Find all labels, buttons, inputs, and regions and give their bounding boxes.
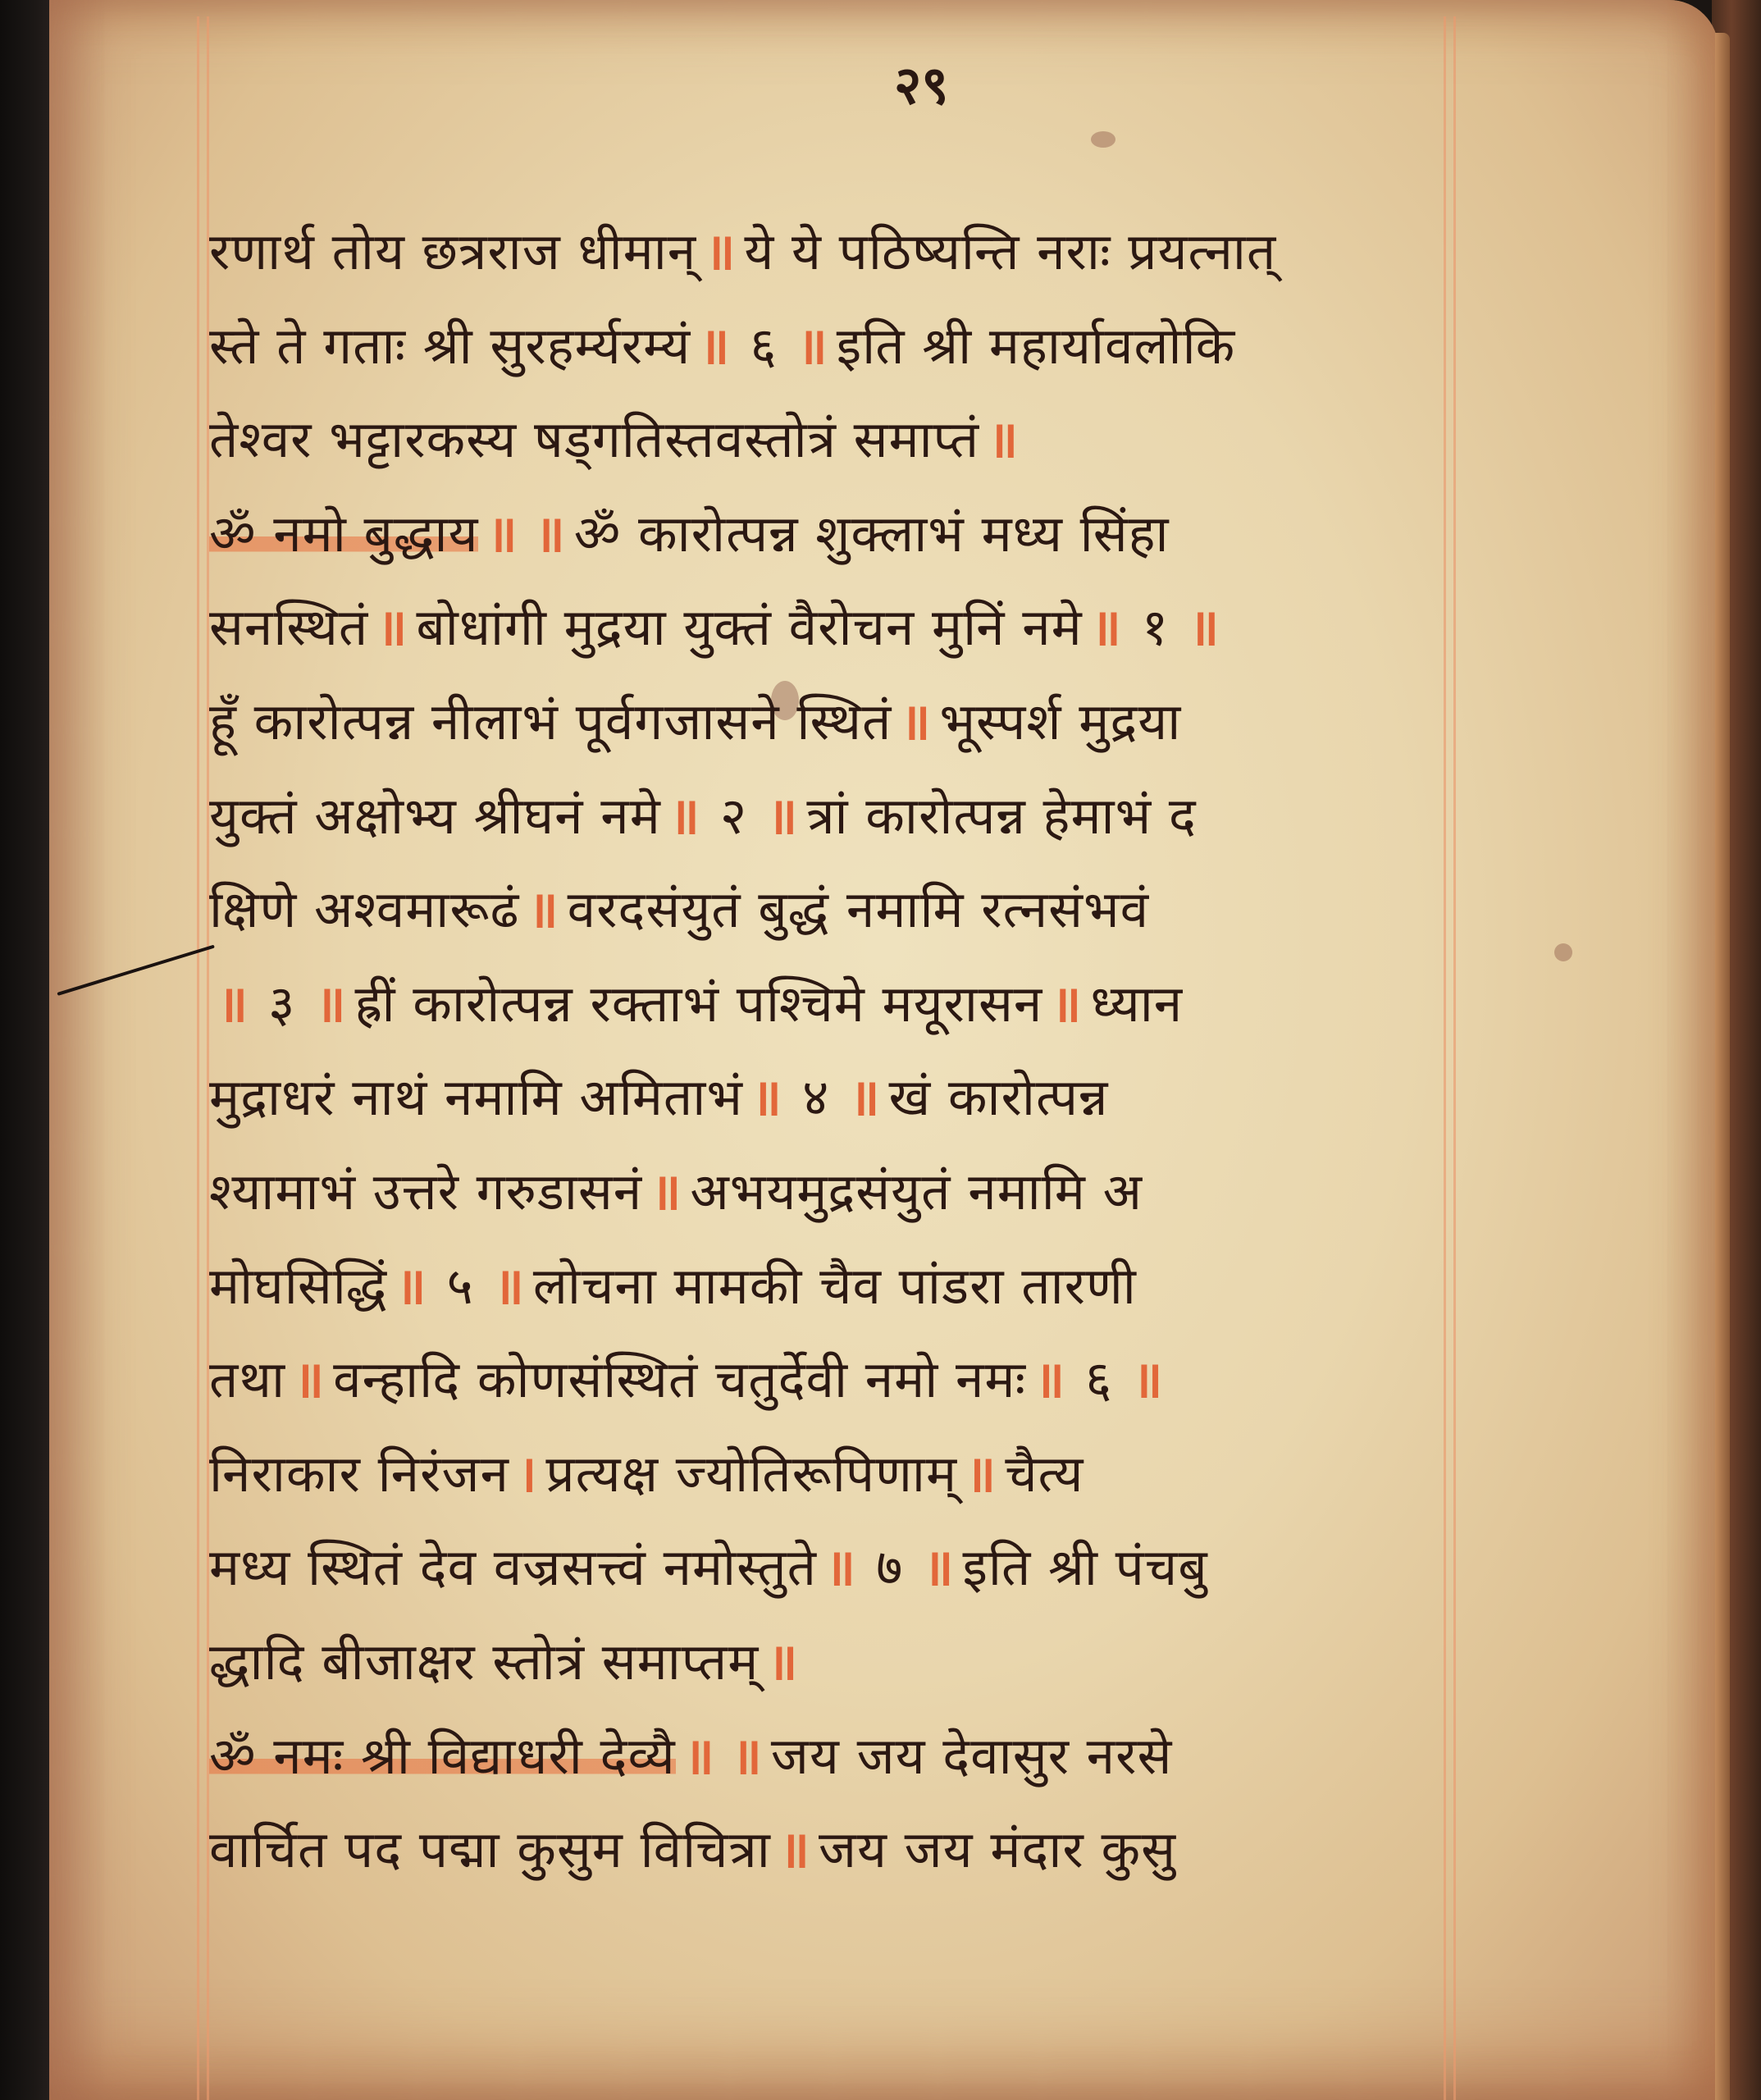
line-text: मोघसिद्धिं xyxy=(209,1256,387,1316)
line-text: जय जय मंदार कुसु xyxy=(819,1819,1176,1879)
danda-mark: ॥ xyxy=(825,1537,856,1597)
line-text: भूस्पर्श मुद्रया xyxy=(939,692,1181,751)
manuscript-line: मध्य स्थितं देव वज्रसत्त्वं नमोस्तुते॥७॥… xyxy=(209,1521,1489,1615)
line-text: लोचना मामकी चैव पांडरा तारणी xyxy=(533,1256,1137,1316)
danda-mark: ॥ xyxy=(527,879,559,939)
manuscript-line: निराकार निरंजन।प्रत्यक्ष ज्योतिरूपिणाम्॥… xyxy=(209,1427,1489,1522)
manuscript-line: मोघसिद्धिं॥५॥लोचना मामकी चैव पांडरा तारण… xyxy=(209,1239,1489,1334)
manuscript-line: युक्तं अक्षोभ्य श्रीघनं नमे॥२॥त्रां कारो… xyxy=(209,769,1489,864)
line-text: हूँ कारोत्पन्न नीलाभं पूर्वगजासने स्थितं xyxy=(209,692,892,751)
line-text: ये ये पठिष्यन्ति नराः प्रयत्नात् xyxy=(744,221,1276,281)
manuscript-line: तथा॥वन्हादि कोणसंस्थितं चतुर्देवी नमो नम… xyxy=(209,1333,1489,1427)
manuscript-line: हूँ कारोत्पन्न नीलाभं पूर्वगजासने स्थितं… xyxy=(209,675,1489,769)
manuscript-line: द्धादि बीजाक्षर स्तोत्रं समाप्तम्॥ xyxy=(209,1615,1489,1710)
line-text: द्धादि बीजाक्षर स्तोत्रं समाप्तम् xyxy=(209,1632,759,1691)
danda-mark: ॥ xyxy=(684,1726,715,1786)
danda-mark: ॥ xyxy=(732,1726,763,1786)
manuscript-line: मुद्राधरं नाथं नमामि अमिताभं॥४॥खं कारोत्… xyxy=(209,1051,1489,1145)
line-text: ह्रीं कारोत्पन्न रक्ताभं पश्चिमे मयूरासन xyxy=(355,974,1043,1034)
line-text: श्यामाभं उत्तरे गरुडासनं xyxy=(209,1162,642,1221)
verse-number: ६ xyxy=(750,316,777,376)
manuscript-line: तेश्वर भट्टारकस्य षड्गतिस्तवस्तोत्रं समा… xyxy=(209,393,1489,487)
manuscript-line: ॐ नमः श्री विद्याधरी देव्यै॥॥जय जय देवास… xyxy=(209,1710,1489,1804)
page-edge xyxy=(1715,33,1730,2100)
danda-mark: ॥ xyxy=(1034,1349,1065,1409)
line-text: खं कारोत्पन्न xyxy=(888,1067,1108,1127)
danda-mark: ॥ xyxy=(294,1349,325,1409)
manuscript-line: श्यामाभं उत्तरे गरुडासनं॥अभयमुद्रसंयुतं … xyxy=(209,1145,1489,1239)
line-text: क्षिणे अश्वमारूढं xyxy=(209,879,519,939)
manuscript-line: ॐ नमो बुद्धाय॥॥ॐ कारोत्पन्न शुक्लाभं मध्… xyxy=(209,487,1489,582)
ink-stain xyxy=(1554,943,1572,961)
danda-mark: ॥ xyxy=(699,316,730,376)
danda-mark: ॥ xyxy=(650,1162,682,1221)
verse-number: ५ xyxy=(446,1256,473,1316)
danda-mark: ॥ xyxy=(395,1256,427,1316)
danda-mark: ॥ xyxy=(376,597,408,657)
danda-mark: ॥ xyxy=(965,1444,997,1504)
line-text: मुद्राधरं नाथं नमामि अमिताभं xyxy=(209,1067,743,1127)
rubric-invocation: ॐ नमो बुद्धाय xyxy=(209,504,478,564)
danda-mark: ॥ xyxy=(767,786,798,846)
line-text: ॐ कारोत्पन्न शुक्लाभं मध्य सिंहा xyxy=(574,504,1170,564)
line-text: जय जय देवासुर नरसे xyxy=(771,1726,1172,1786)
line-text: इति श्री महार्यावलोकि xyxy=(837,316,1236,376)
line-text: इति श्री पंचबु xyxy=(962,1537,1207,1597)
verse-number: ६ xyxy=(1085,1349,1112,1409)
verse-number: ३ xyxy=(268,974,295,1034)
line-text: स्ते ते गताः श्री सुरहर्म्यरम्यं xyxy=(209,316,691,376)
manuscript-line: ॥३॥ह्रीं कारोत्पन्न रक्ताभं पश्चिमे मयूर… xyxy=(209,957,1489,1052)
line-text: वरदसंयुतं बुद्धं नमामि रत्नसंभवं xyxy=(568,879,1149,939)
line-text: रणार्थ तोय छत्रराज धीमान् xyxy=(209,221,696,281)
manuscript-text-block: रणार्थ तोय छत्रराज धीमान्॥ये ये पठिष्यन्… xyxy=(209,205,1489,1897)
verse-number: ४ xyxy=(802,1067,829,1127)
danda-mark: ॥ xyxy=(900,692,931,751)
danda-mark: ॥ xyxy=(217,974,249,1034)
danda-mark: ॥ xyxy=(486,504,518,564)
danda-mark: ॥ xyxy=(1091,597,1122,657)
danda-mark: ॥ xyxy=(1188,597,1220,657)
danda-mark: ॥ xyxy=(767,1632,798,1691)
line-text: मध्य स्थितं देव वज्रसत्त्वं नमोस्तुते xyxy=(209,1537,817,1597)
danda-mark: ॥ xyxy=(797,316,828,376)
line-text: युक्तं अक्षोभ्य श्रीघनं नमे xyxy=(209,786,661,846)
margin-rule-left-outer xyxy=(197,16,199,2100)
verse-number: ७ xyxy=(876,1537,903,1597)
verse-number: १ xyxy=(1142,597,1169,657)
line-text: तथा xyxy=(209,1349,285,1409)
line-text: तेश्वर भट्टारकस्य षड्गतिस्तवस्तोत्रं समा… xyxy=(209,409,979,469)
danda-mark: ॥ xyxy=(494,1256,525,1316)
manuscript-line: सनस्थितं॥बोधांगी मुद्रया युक्तं वैरोचन म… xyxy=(209,581,1489,675)
danda-mark: ॥ xyxy=(1132,1349,1163,1409)
line-text: वन्हादि कोणसंस्थितं चतुर्देवी नमो नमः xyxy=(333,1349,1026,1409)
line-text: प्रत्यक्ष ज्योतिरूपिणाम् xyxy=(545,1444,957,1504)
danda-mark: ॥ xyxy=(1051,974,1082,1034)
danda-mark: ॥ xyxy=(751,1067,782,1127)
line-text: त्रां कारोत्पन्न हेमाभं द xyxy=(806,786,1197,846)
danda-mark: ॥ xyxy=(315,974,346,1034)
line-text: ध्यान xyxy=(1090,974,1183,1034)
danda-mark: ॥ xyxy=(923,1537,954,1597)
manuscript-line: वार्चित पद पद्मा कुसुम विचित्रा॥जय जय मं… xyxy=(209,1803,1489,1897)
danda-mark: ॥ xyxy=(669,786,700,846)
manuscript-line: क्षिणे अश्वमारूढं॥वरदसंयुतं बुद्धं नमामि… xyxy=(209,863,1489,957)
danda-mark: ॥ xyxy=(535,504,566,564)
danda-mark: ॥ xyxy=(988,409,1019,469)
line-text: सनस्थितं xyxy=(209,597,368,657)
manuscript-line: स्ते ते गताः श्री सुरहर्म्यरम्यं॥६॥इति श… xyxy=(209,299,1489,394)
danda-mark: । xyxy=(518,1444,538,1504)
rubric-invocation: ॐ नमः श्री विद्याधरी देव्यै xyxy=(209,1726,676,1786)
line-text: वार्चित पद पद्मा कुसुम विचित्रा xyxy=(209,1819,771,1879)
ink-stain xyxy=(1091,131,1115,148)
line-text: अभयमुद्रसंयुतं नमामि अ xyxy=(690,1162,1143,1221)
folio-number: २९ xyxy=(894,48,949,119)
danda-mark: ॥ xyxy=(779,1819,810,1879)
danda-mark: ॥ xyxy=(705,221,736,281)
verse-number: २ xyxy=(720,786,747,846)
danda-mark: ॥ xyxy=(849,1067,880,1127)
line-text: निराकार निरंजन xyxy=(209,1444,509,1504)
manuscript-line: रणार्थ तोय छत्रराज धीमान्॥ये ये पठिष्यन्… xyxy=(209,205,1489,299)
line-text: चैत्य xyxy=(1005,1444,1084,1504)
line-text: बोधांगी मुद्रया युक्तं वैरोचन मुनिं नमे xyxy=(416,597,1082,657)
